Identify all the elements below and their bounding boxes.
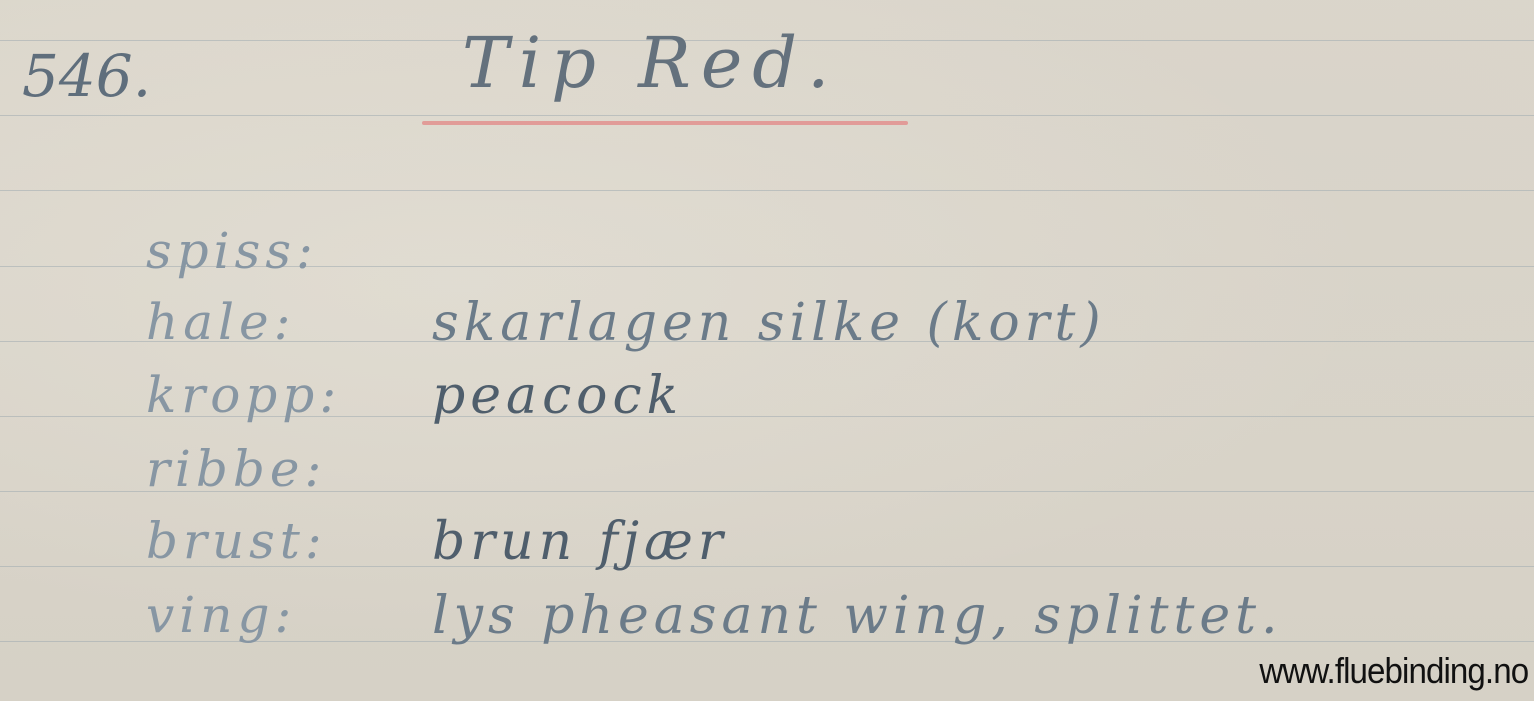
field-label-spiss: spiss: (146, 222, 318, 280)
field-label-ving: ving: (146, 586, 296, 644)
field-value-kropp: peacock (432, 366, 683, 426)
fly-pattern-title: Tip Red. (462, 22, 839, 104)
field-label-ribbe: ribbe: (146, 440, 326, 498)
ruled-line (0, 190, 1534, 191)
notebook-page: 546. Tip Red. spiss: hale: skarlagen sil… (0, 0, 1534, 701)
title-red-underline (422, 121, 908, 125)
field-value-ving: lys pheasant wing, splittet. (432, 586, 1283, 646)
field-value-hale: skarlagen silke (kort) (432, 293, 1106, 353)
field-label-kropp: kropp: (146, 366, 341, 424)
field-label-brust: brust: (146, 512, 327, 570)
ruled-line (0, 115, 1534, 116)
field-label-hale: hale: (146, 293, 295, 351)
field-value-brust: brun fjær (432, 512, 728, 572)
entry-number: 546. (22, 42, 151, 110)
website-watermark: www.fluebinding.no (1259, 650, 1528, 692)
